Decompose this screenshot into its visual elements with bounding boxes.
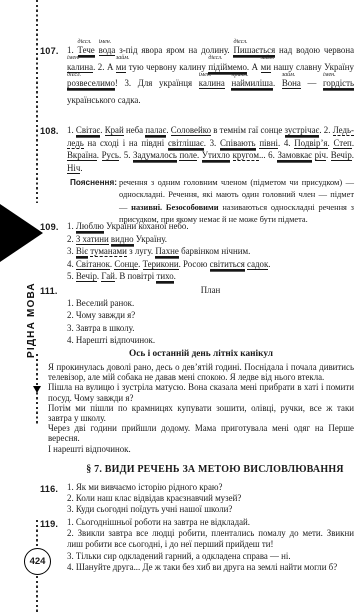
text-run: . 4. bbox=[278, 138, 294, 148]
exercise-item: 3. Тільки сир одкладений гарний, а одкла… bbox=[67, 551, 354, 562]
annotated-word: займ.ми bbox=[261, 62, 271, 72]
underlined-word: Степ bbox=[333, 138, 351, 149]
text-run: . bbox=[352, 138, 354, 148]
exercise-number: 107. bbox=[40, 42, 67, 108]
exercise-item: 3. Завтра в школу. bbox=[67, 322, 354, 335]
pos-annotation: дієсл. bbox=[78, 39, 92, 45]
pos-annotation: прикм. bbox=[231, 72, 248, 78]
exercise-107-text: 1. дієсл.Тече імен.вода з-під явора яром… bbox=[67, 42, 354, 108]
sidebar-dotted-line-bottom bbox=[36, 576, 38, 613]
section-heading: § 7. ВИДИ РЕЧЕНЬ ЗА МЕТОЮ ВИСЛОВЛЮВАННЯ bbox=[40, 464, 361, 475]
exercise-107: 107. 1. дієсл.Тече імен.вода з-під явора… bbox=[40, 42, 354, 108]
sidebar-triangle-marker bbox=[0, 204, 43, 262]
essay-title: Ось і останній день літніх канікул bbox=[48, 349, 354, 359]
essay-paragraph: Потім ми пішли по крамницях купувати зош… bbox=[48, 403, 354, 423]
annotated-word: імен.калина bbox=[67, 62, 93, 72]
underlined-word: калина bbox=[199, 78, 225, 89]
exercise-item: 1. Сьогоднішньої роботи на завтра не від… bbox=[67, 517, 354, 528]
essay-paragraph: І нарешті відпочинок. bbox=[48, 444, 354, 454]
text-run: . bbox=[273, 78, 282, 88]
underlined-word: тихо bbox=[156, 271, 173, 282]
sentence-line: 2. З хатини видно Україну. bbox=[67, 233, 354, 246]
text-run: . bbox=[352, 150, 354, 160]
text-run: . bbox=[138, 259, 142, 269]
sentence-line: 1. Люблю України коханої небо. bbox=[67, 220, 354, 233]
text-run: 1. bbox=[67, 221, 76, 231]
pos-annotation: займ. bbox=[116, 55, 130, 61]
underlined-word: Тече bbox=[78, 45, 95, 56]
down-arrow-icon bbox=[33, 386, 41, 393]
underlined-word: Світанок bbox=[76, 259, 110, 270]
underlined-word: Вкраїна bbox=[67, 150, 97, 161]
sentence-line: 3. Віє туманами з лугу. Пахне барвінком … bbox=[67, 245, 354, 258]
underlined-word: світиться bbox=[210, 259, 245, 270]
exercise-item: 3. Куди сьогодні поїдуть учні нашої школ… bbox=[67, 504, 354, 515]
underlined-word: Віє bbox=[76, 246, 88, 257]
underlined-word: зустрічає bbox=[285, 125, 320, 136]
text-run: України коханої небо. bbox=[104, 221, 189, 231]
underlined-word: Замовкає bbox=[277, 150, 312, 161]
underlined-word: Утихло bbox=[202, 150, 230, 161]
text-run: з-під явора яром на долину. bbox=[115, 45, 233, 55]
sentence-line: 4. Світанок. Сонце. Терикони. Росою світ… bbox=[67, 258, 354, 271]
underlined-word: Вечір bbox=[331, 150, 352, 161]
underlined-word: світлішає bbox=[168, 138, 204, 149]
exercise-item: 1. Веселий ранок. bbox=[67, 297, 354, 310]
exercise-item: 4. Шануйте друга... Де ж таки без хиб ви… bbox=[67, 562, 354, 573]
text-run: . 2. А bbox=[93, 62, 116, 72]
underlined-word: Пахне bbox=[155, 246, 178, 257]
underlined-word: гордість bbox=[323, 78, 354, 89]
sentence-line: 5. Вечір. Гай. В повітрі тихо. bbox=[67, 270, 354, 283]
plan-items: 1. Веселий ранок.2. Чому завжди я?3. Зав… bbox=[67, 297, 354, 347]
text-run: . А bbox=[247, 62, 261, 72]
text-run: 5. bbox=[67, 271, 76, 281]
pos-annotation: дієсл. bbox=[67, 72, 81, 78]
text-run: українського садка. bbox=[67, 95, 141, 105]
underlined-word: Вона bbox=[282, 78, 301, 89]
bold-term: називні. bbox=[131, 203, 162, 212]
text-run: . bbox=[80, 163, 82, 173]
annotated-word: дієсл.підіймемо bbox=[208, 62, 247, 72]
exercise-119: 119. 1. Сьогоднішньої роботи на завтра н… bbox=[40, 517, 354, 573]
pos-annotation: імен. bbox=[67, 55, 80, 61]
pos-annotation: імен. bbox=[323, 72, 336, 78]
underlined-word: Подвір’я bbox=[294, 138, 327, 149]
text-run: Україну. bbox=[134, 234, 167, 244]
text-run: 1. bbox=[67, 125, 76, 135]
sidebar-dotted-line-top bbox=[36, 0, 38, 203]
exercise-number: 111. bbox=[40, 284, 67, 347]
pos-annotation: дієсл. bbox=[208, 55, 222, 61]
text-run: 2. bbox=[67, 234, 76, 244]
text-run: . 2. bbox=[319, 125, 332, 135]
underlined-word: палає bbox=[145, 125, 166, 136]
text-run: . В повітрі bbox=[115, 271, 157, 281]
underlined-word: Ніч bbox=[67, 163, 80, 174]
underlined-word: розвеселимо bbox=[67, 78, 115, 89]
sidebar-dotted-line-lower bbox=[36, 520, 38, 547]
text-run: на сході і на півдні bbox=[84, 138, 168, 148]
text-run: . 3. bbox=[204, 138, 220, 148]
sidebar-subject-label: РІДНА МОВА bbox=[26, 266, 37, 358]
textbook-page: РІДНА МОВА 424 107. 1. дієсл.Тече імен.в… bbox=[0, 0, 361, 613]
underlined-word: вода bbox=[99, 45, 116, 56]
exercise-108: 108. 1. Світає. Край неба палає. Соловей… bbox=[40, 124, 354, 174]
text-run: 3. bbox=[67, 246, 76, 256]
exercise-116: 116. 1. Як ми вивчаємо історію рідного к… bbox=[40, 482, 354, 516]
underlined-word: Вечір bbox=[76, 271, 97, 282]
exercise-number: 109. bbox=[40, 220, 67, 283]
underlined-word: поле bbox=[179, 150, 196, 161]
exercise-item: 2. Звикли завтра все людці робити, плент… bbox=[67, 528, 354, 550]
underlined-word: наймиліша bbox=[231, 78, 272, 89]
essay: Ось і останній день літніх канікул Я про… bbox=[48, 349, 354, 454]
annotated-word: займ.ми bbox=[116, 62, 126, 72]
underlined-word: З хатини bbox=[76, 234, 109, 245]
plan-heading: План bbox=[67, 284, 354, 297]
text-run: ... 6. bbox=[259, 150, 278, 160]
essay-paragraphs: Я прокинулась доволі рано, десь о дев’ят… bbox=[48, 362, 354, 454]
text-run: . bbox=[268, 259, 270, 269]
text-run: . bbox=[97, 150, 102, 160]
exercise-item: 1. Як ми вивчаємо історію рідного краю? bbox=[67, 482, 354, 493]
annotated-word: імен.вода bbox=[99, 45, 116, 55]
text-run: . Росою bbox=[179, 259, 210, 269]
exercise-item: 2. Коли наш клас відвідав краєзнавчий му… bbox=[67, 493, 354, 504]
exercise-119-items: 1. Сьогоднішньої роботи на завтра не від… bbox=[67, 517, 354, 573]
pos-annotation: займ. bbox=[261, 55, 275, 61]
exercise-number: 108. bbox=[40, 124, 67, 174]
explanation-text: речення з одним головним членом (підмето… bbox=[119, 177, 354, 226]
text-run: . bbox=[174, 271, 176, 281]
exercise-109: 109. 1. Люблю України коханої небо.2. З … bbox=[40, 220, 354, 283]
underlined-word: Задумалось bbox=[133, 150, 177, 161]
text-run: — bbox=[301, 78, 323, 88]
underlined-word: видно bbox=[111, 234, 134, 245]
underlined-word: Сонце bbox=[114, 259, 138, 270]
bold-term: Безособовими bbox=[166, 203, 219, 212]
annotated-word: дієсл.Тече bbox=[78, 45, 95, 55]
essay-paragraph: Через дві години прийшли додому. Мама пр… bbox=[48, 423, 354, 443]
underlined-word: кругом bbox=[233, 150, 259, 161]
explanation-note: Пояснення: речення з одним головним член… bbox=[70, 177, 354, 226]
exercise-108-text: 1. Світає. Край неба палає. Соловейко в … bbox=[67, 124, 354, 174]
annotated-word: дієсл.Пишається bbox=[233, 45, 275, 55]
underlined-word: Співають bbox=[220, 138, 256, 149]
text-run: ! 3. Для українця bbox=[115, 78, 199, 88]
annotated-word: дієсл.розвеселимо bbox=[67, 78, 115, 88]
underlined-word: Світає bbox=[76, 125, 100, 136]
text-run: 4. bbox=[67, 259, 76, 269]
exercise-item: 4. Нарешті відпочинок. bbox=[67, 334, 354, 347]
pos-annotation: займ. bbox=[282, 72, 296, 78]
exercise-111: 111. План 1. Веселий ранок.2. Чому завжд… bbox=[40, 284, 354, 347]
exercise-109-text: 1. Люблю України коханої небо.2. З хатин… bbox=[67, 220, 354, 283]
underlined-word: Терикони bbox=[143, 259, 179, 270]
text-run: . 5. bbox=[119, 150, 133, 160]
annotated-word: прикм.наймиліша bbox=[231, 78, 272, 88]
essay-paragraph: Я прокинулась доволі рано, десь о дев’ят… bbox=[48, 362, 354, 382]
text-run: в темнім гаї сонце bbox=[211, 125, 285, 135]
annotated-word: займ.Вона bbox=[282, 78, 301, 88]
text-run: тую червону калину bbox=[126, 62, 208, 72]
underlined-word: Гай bbox=[101, 271, 115, 282]
underlined-word: Край bbox=[105, 125, 124, 136]
annotated-word: імен.калина bbox=[199, 78, 225, 88]
text-run: над водою червона bbox=[275, 45, 354, 55]
underlined-word: ми bbox=[116, 62, 126, 73]
underlined-word: Русь bbox=[102, 150, 119, 161]
underlined-word: Соловейко bbox=[171, 125, 211, 136]
underlined-word: ми bbox=[261, 62, 271, 73]
underlined-word: Люблю bbox=[76, 221, 104, 232]
text-run: 1. bbox=[67, 45, 78, 55]
pos-annotation: імен. bbox=[199, 72, 212, 78]
essay-paragraph: Пішла на вулицю і зустріла матусю. Вона … bbox=[48, 382, 354, 402]
text-run: барвінком нічним. bbox=[179, 246, 251, 256]
underlined-word: туманами bbox=[90, 246, 127, 257]
text-run: нашу славну Україну bbox=[271, 62, 354, 72]
pos-annotation: імен. bbox=[99, 39, 112, 45]
exercise-number: 116. bbox=[40, 482, 67, 516]
exercise-116-items: 1. Як ми вивчаємо історію рідного краю?2… bbox=[67, 482, 354, 516]
exercise-111-body: План 1. Веселий ранок.2. Чому завжди я?3… bbox=[67, 284, 354, 347]
text-run: неба bbox=[124, 125, 146, 135]
explanation-label: Пояснення: bbox=[70, 177, 119, 226]
exercise-number: 119. bbox=[40, 517, 67, 573]
annotated-word: імен.гордість bbox=[323, 78, 354, 88]
underlined-word: річ bbox=[315, 150, 326, 161]
exercise-item: 2. Чому завжди я? bbox=[67, 309, 354, 322]
pos-annotation: дієсл. bbox=[233, 39, 247, 45]
underlined-word: півні bbox=[259, 138, 278, 149]
underlined-word: садок bbox=[247, 259, 268, 270]
text-run: з лугу. bbox=[127, 246, 155, 256]
